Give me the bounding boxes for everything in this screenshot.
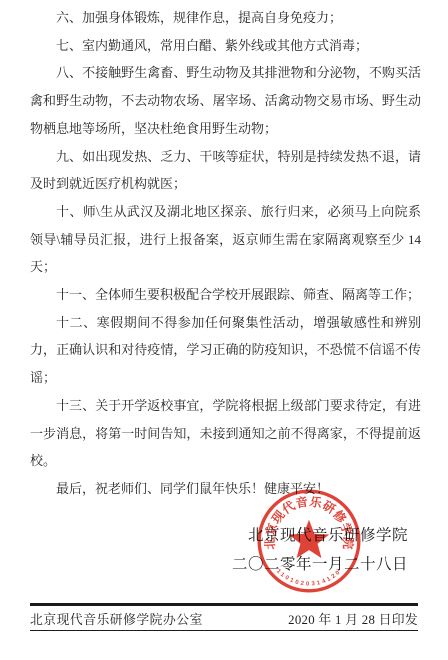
footer-print-date: 2020 年 1 月 28 日印发 [288, 609, 418, 628]
notice-paragraph-item6: 六、加强身体锻炼，规律作息，提高自身免疫力； [30, 4, 421, 32]
notice-paragraph-item10: 十、师\生从武汉及湖北地区探亲、旅行归来，必须马上向院系领导\辅导员汇报，进行上… [30, 198, 421, 281]
notice-body: 六、加强身体锻炼，规律作息，提高自身免疫力； 七、室内勤通风，常用白醋、紫外线或… [30, 4, 421, 503]
notice-paragraph-item9: 九、如出现发热、乏力、干咳等症状，特别是持续发热不退，请及时到就近医疗机构就医； [30, 143, 421, 198]
footer-divider-bottom [30, 630, 418, 631]
notice-paragraph-item7: 七、室内勤通风，常用白醋、紫外线或其他方式消毒； [30, 32, 421, 60]
notice-paragraph-item8: 八、不接触野生禽畜、野生动物及其排泄物和分泌物，不购买活禽和野生动物，不去动物农… [30, 59, 421, 142]
notice-closing-wish: 最后，祝老师们、同学们鼠年快乐！健康平安！ [30, 475, 421, 503]
notice-paragraph-item11: 十一、全体师生要积极配合学校开展跟踪、筛查、隔离等工作； [30, 281, 421, 309]
seal-star-icon [289, 520, 329, 558]
official-seal-stamp: 北京现代音乐研修学院 1101020314120 [256, 488, 362, 594]
footer-issuing-office: 北京现代音乐研修学院办公室 [30, 609, 203, 628]
footer-divider-top [30, 603, 418, 606]
notice-paragraph-item13: 十三、关于开学返校事宜，学院将根据上级部门要求待定，有进一步消息，将第一时间告知… [30, 392, 421, 475]
notice-paragraph-item12: 十二、寒假期间不得参加任何聚集性活动，增强敏感性和辨别力，正确认识和对待疫情，学… [30, 309, 421, 392]
notice-document: 六、加强身体锻炼，规律作息，提高自身免疫力； 七、室内勤通风，常用白醋、紫外线或… [0, 0, 448, 660]
footer: 北京现代音乐研修学院办公室 2020 年 1 月 28 日印发 [30, 609, 418, 628]
